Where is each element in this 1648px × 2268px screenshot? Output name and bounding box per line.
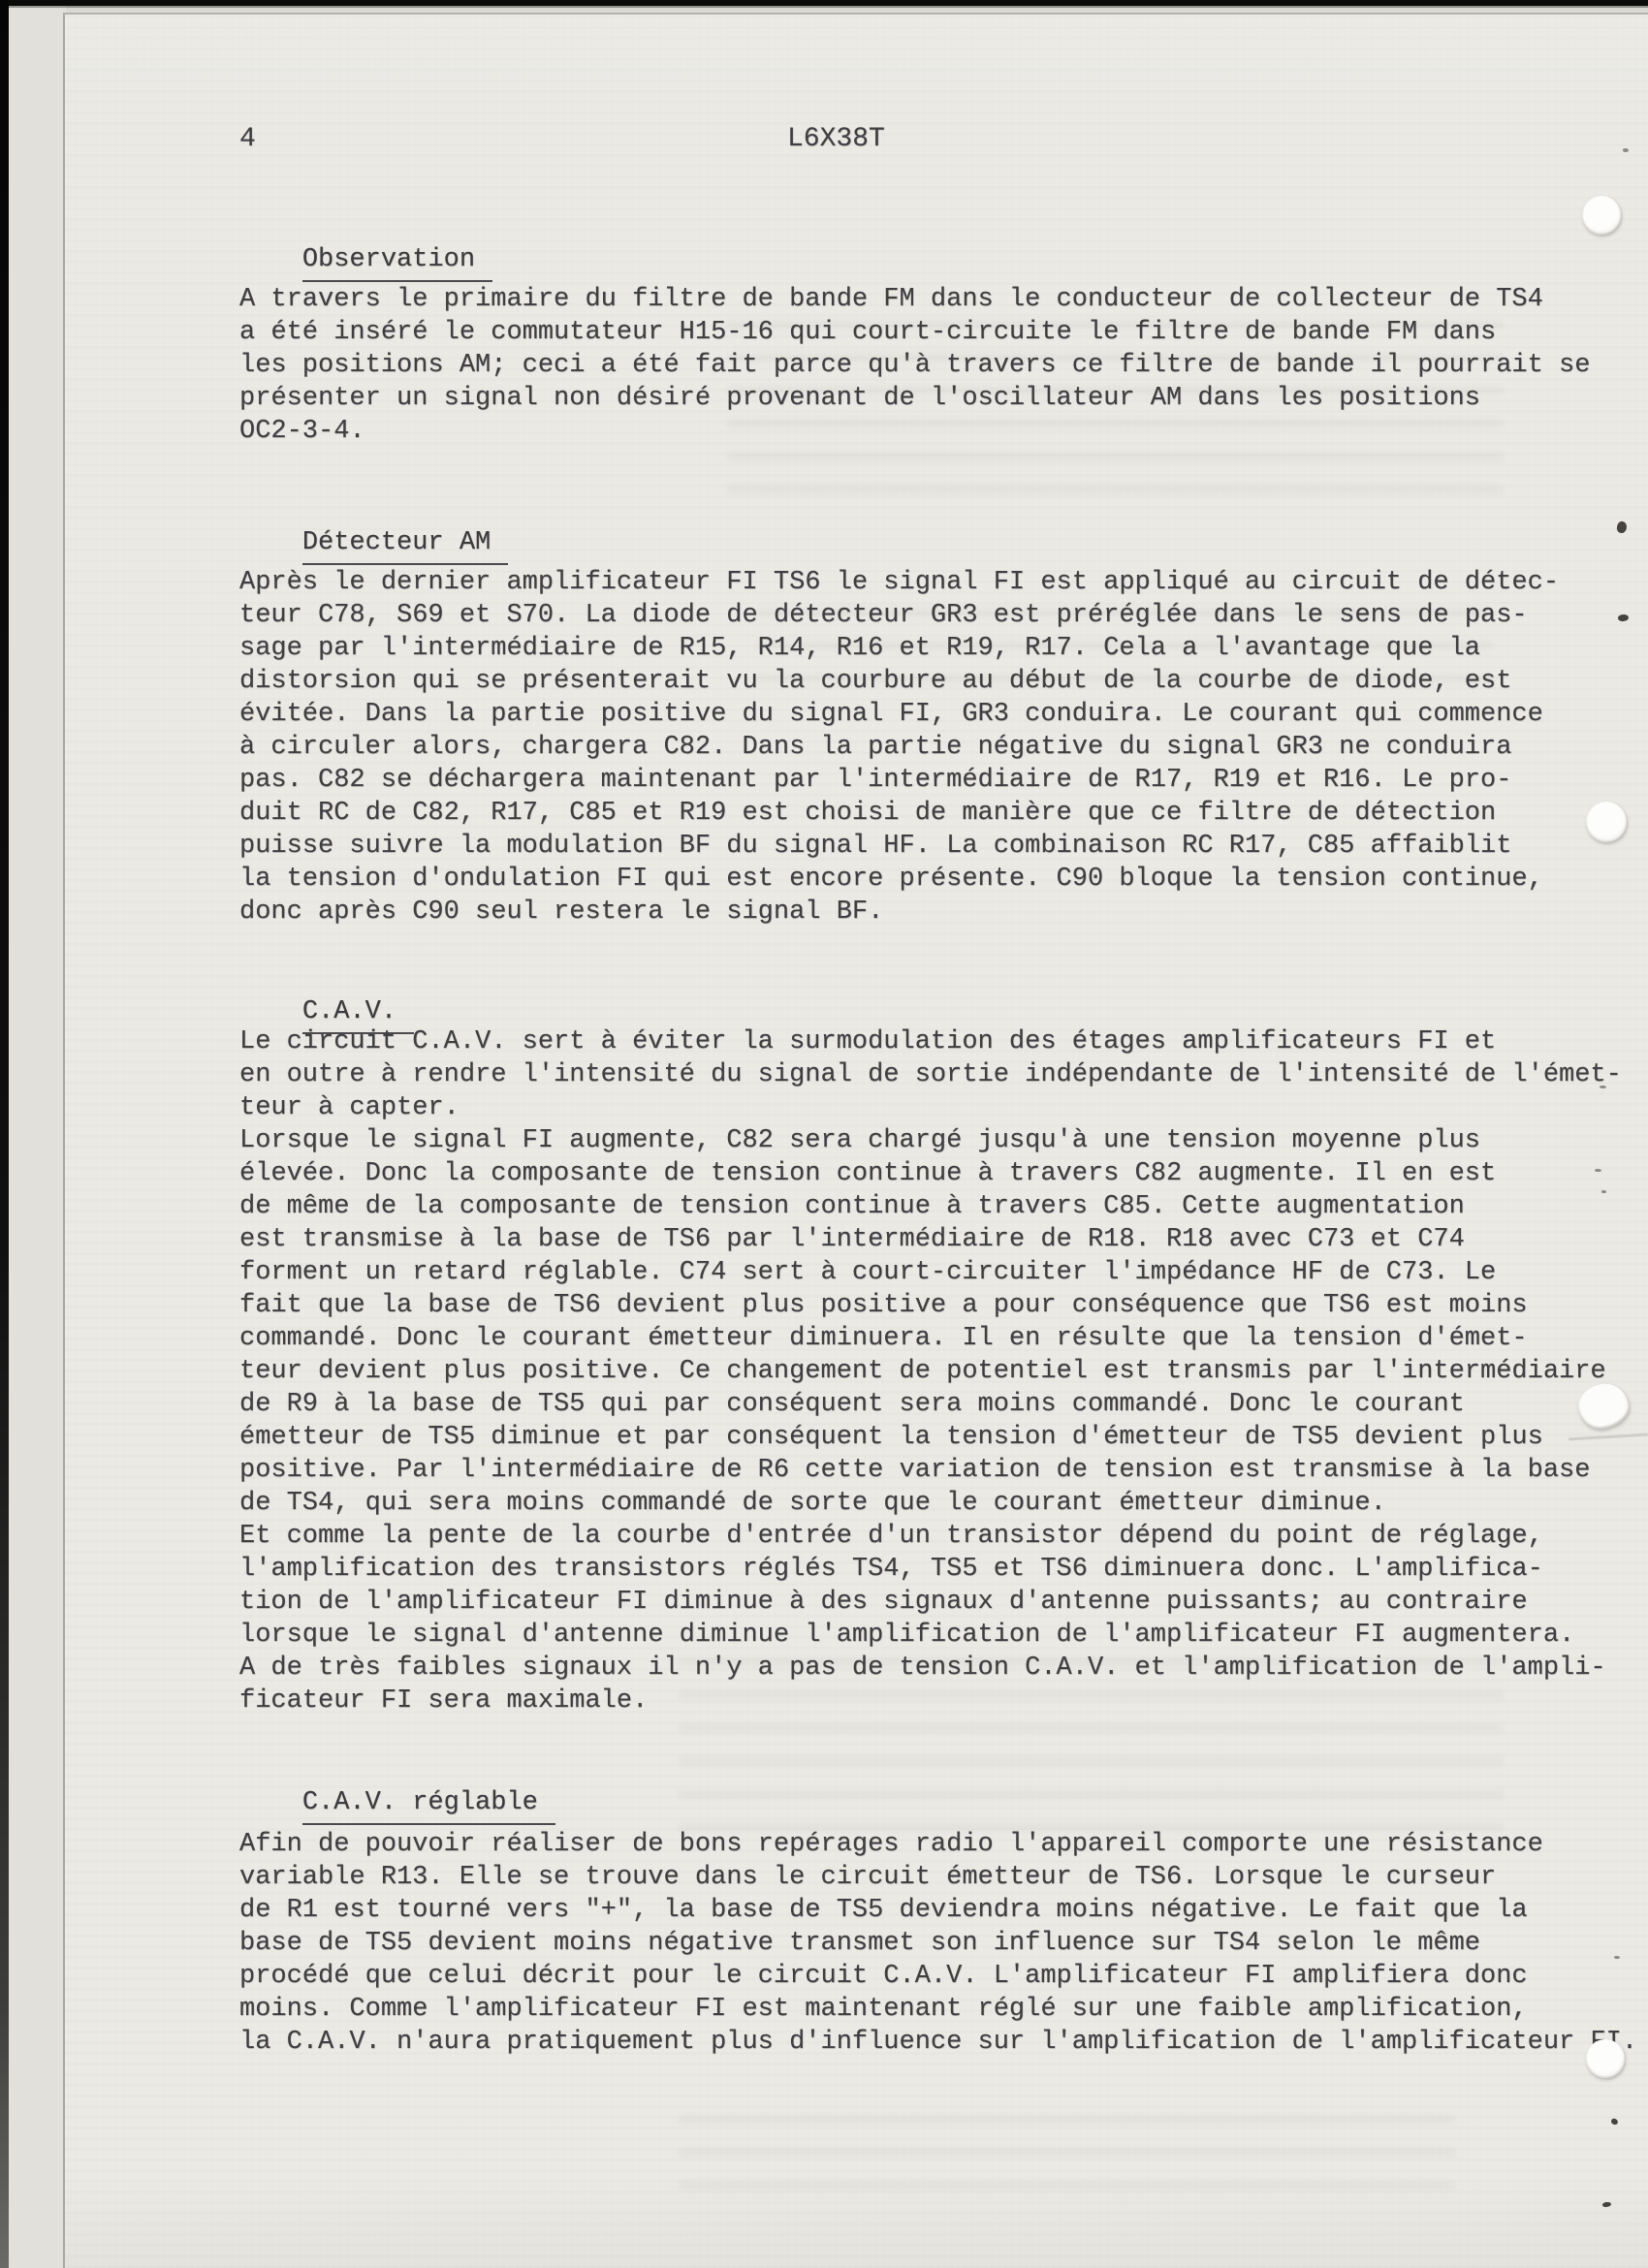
- scan-edge-top: [0, 0, 1648, 6]
- section-heading-text: Détecteur AM: [302, 527, 508, 565]
- section-body-observation: A travers le primaire du filtre de bande…: [239, 283, 1590, 448]
- scanned-page: 4 L6X38T Observation A travers le primai…: [0, 0, 1648, 2268]
- ink-speck: [1614, 1956, 1620, 1959]
- ink-speck: [1601, 1190, 1606, 1193]
- punch-hole: [1586, 802, 1627, 842]
- section-body-cav: Le circuit C.A.V. sert à éviter la surmo…: [239, 1025, 1622, 1717]
- scan-edge-left: [0, 0, 9, 2268]
- section-body-cav-reglable: Afin de pouvoir réaliser de bons repérag…: [239, 1828, 1637, 2059]
- scanner-under-sheet: [8, 5, 66, 2268]
- punch-hole: [1582, 196, 1621, 235]
- section-heading-text: Observation: [302, 244, 492, 282]
- section-body-detecteur-am: Après le dernier amplificateur FI TS6 le…: [239, 566, 1559, 929]
- ink-speck: [1623, 148, 1629, 152]
- page-number: 4: [239, 122, 256, 157]
- section-heading-text: C.A.V. réglable: [302, 1787, 555, 1825]
- doc-code: L6X38T: [787, 122, 885, 157]
- punch-hole: [1586, 2039, 1625, 2078]
- ink-speck: [1600, 1086, 1606, 1088]
- ink-speck: [1595, 1169, 1601, 1172]
